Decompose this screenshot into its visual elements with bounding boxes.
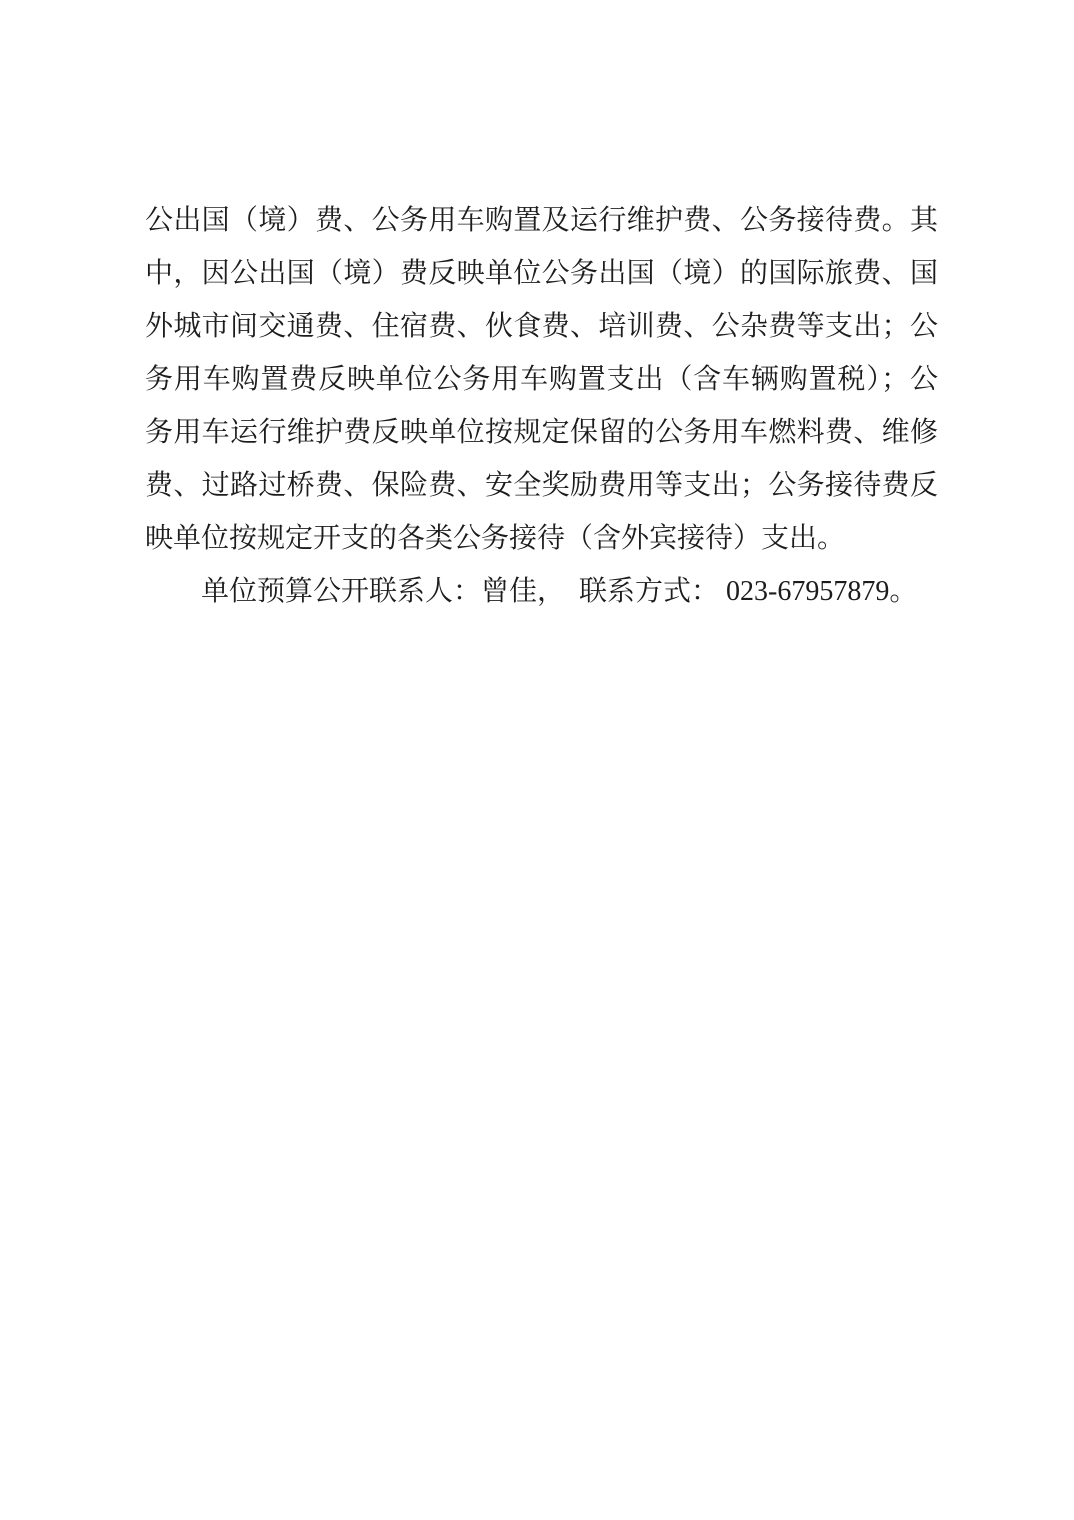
text-line-7: 映单位按规定开支的各类公务接待（含外宾接待）支出。 <box>145 512 938 565</box>
text-line-1: 公出国（境）费、公务用车购置及运行维护费、公务接待费。其 <box>145 194 938 247</box>
body-text-block: 公出国（境）费、公务用车购置及运行维护费、公务接待费。其 中，因公出国（境）费反… <box>145 194 938 618</box>
text-line-5: 务用车运行维护费反映单位按规定保留的公务用车燃料费、维修 <box>145 406 938 459</box>
contact-info-line: 单位预算公开联系人：曾佳， 联系方式： 023-67957879。 <box>145 565 938 618</box>
text-line-3: 外城市间交通费、住宿费、伙食费、培训费、公杂费等支出；公 <box>145 300 938 353</box>
text-line-6: 费、过路过桥费、保险费、安全奖励费用等支出；公务接待费反 <box>145 459 938 512</box>
body-paragraph-budget-expenses: 公出国（境）费、公务用车购置及运行维护费、公务接待费。其 中，因公出国（境）费反… <box>145 194 938 565</box>
document-page: 公出国（境）费、公务用车购置及运行维护费、公务接待费。其 中，因公出国（境）费反… <box>0 0 1074 1520</box>
text-line-2: 中，因公出国（境）费反映单位公务出国（境）的国际旅费、国 <box>145 247 938 300</box>
text-line-4: 务用车购置费反映单位公务用车购置支出（含车辆购置税）；公 <box>145 353 938 406</box>
